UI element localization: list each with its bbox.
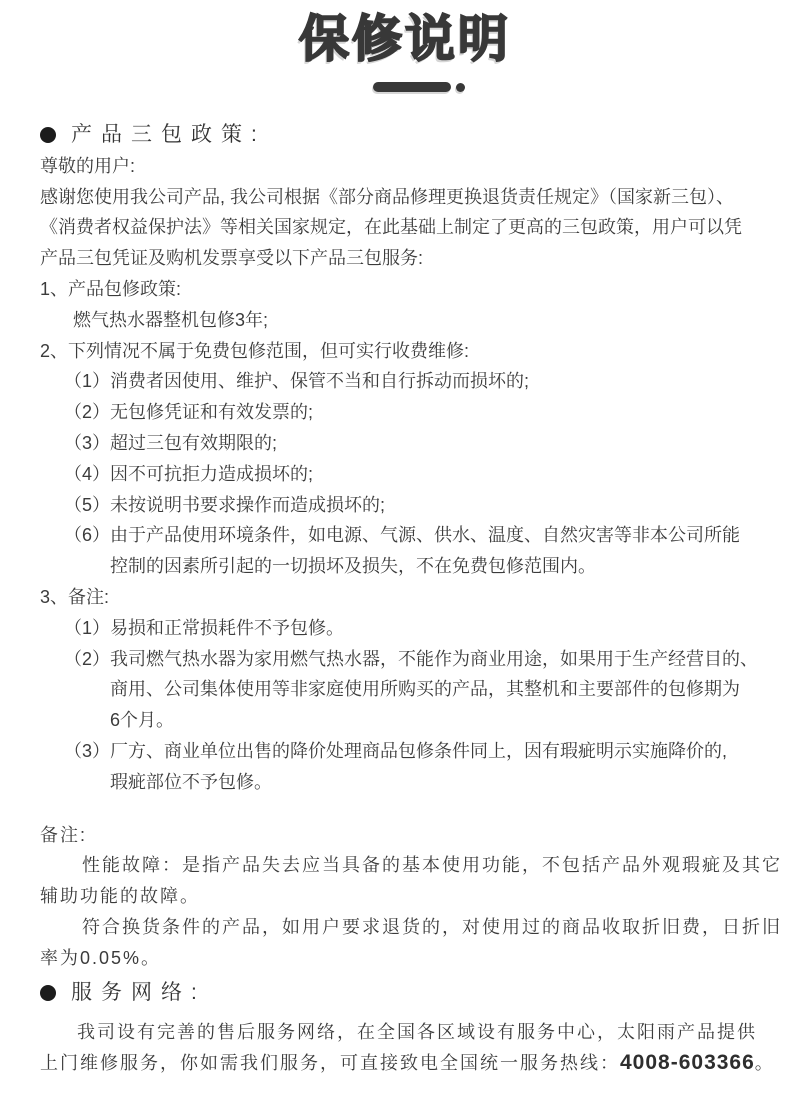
item2-subitem-1: （1）消费者因使用、维护、保管不当和自行拆动而损坏的; [64, 366, 770, 397]
greeting-line: 尊敬的用户: [40, 151, 770, 182]
section-policy-heading-label: 产品三包政策: [71, 120, 266, 151]
service-para-line-1: 我司设有完善的售后服务网络，在全国各区域设有服务中心，太阳雨产品提供 [77, 1017, 770, 1048]
item2-subitem-6-continuation: 控制的因素所引起的一切损坏及损失，不在免费包修范围内。 [110, 551, 770, 582]
bullet-icon [40, 127, 56, 143]
section-service-heading-label: 服务网络: [71, 978, 206, 1009]
remarks-para2-line-2: 率为0.05%。 [40, 943, 770, 974]
section-policy-heading: 产品三包政策: [40, 120, 770, 151]
remarks-heading: 备注: [40, 820, 770, 851]
page-title: 保修说明 [40, 8, 770, 70]
bullet-icon [40, 985, 56, 1001]
item3-subitem-2-line-2: 商用、公司集体使用等非家庭使用所购买的产品，其整机和主要部件的包修期为 [110, 674, 770, 705]
remarks-para1-line-1: 性能故障：是指产品失去应当具备的基本使用功能，不包括产品外观瑕疵及其它 [82, 850, 770, 881]
title-underline-bar [373, 82, 451, 92]
item3-heading: 3、备注: [40, 582, 770, 613]
remarks-para2-line-1: 符合换货条件的产品，如用户要求退货的，对使用过的商品收取折旧费，日折旧 [82, 912, 770, 943]
remarks-para1-line-2: 辅助功能的故障。 [40, 881, 770, 912]
service-para-line-2-text: 上门维修服务，你如需我们服务，可直接致电全国统一服务热线： [40, 1053, 620, 1073]
item2-heading: 2、下列情况不属于免费包修范围，但可实行收费维修: [40, 336, 770, 367]
title-underline-dot [456, 83, 465, 92]
item2-subitem-2: （2）无包修凭证和有效发票的; [64, 397, 770, 428]
section-service-heading: 服务网络: [40, 978, 770, 1009]
item1-body: 燃气热水器整机包修3年; [73, 305, 770, 336]
service-hotline-number: 4008-603366 [620, 1051, 755, 1074]
item3-subitem-3-line-2: 瑕疵部位不予包修。 [110, 767, 770, 798]
item2-subitem-5: （5）未按说明书要求操作而造成损坏的; [64, 490, 770, 521]
warranty-document: 保修说明 产品三包政策: 尊敬的用户: 感谢您使用我公司产品, 我公司根据《部分… [0, 0, 790, 1102]
item3-subitem-1: （1）易损和正常损耗件不予包修。 [64, 613, 770, 644]
item2-subitem-6: （6）由于产品使用环境条件，如电源、气源、供水、温度、自然灾害等非本公司所能 [64, 520, 770, 551]
document-body: 产品三包政策: 尊敬的用户: 感谢您使用我公司产品, 我公司根据《部分商品修理更… [40, 120, 770, 1079]
item3-subitem-2-line-3: 6个月。 [110, 705, 770, 736]
intro-line-1: 感谢您使用我公司产品, 我公司根据《部分商品修理更换退货责任规定》（国家新三包）… [40, 182, 770, 213]
service-para-line-2-period: 。 [755, 1053, 775, 1073]
title-underline [54, 82, 784, 92]
intro-line-2: 《消费者权益保护法》等相关国家规定，在此基础上制定了更高的三包政策，用户可以凭 [40, 212, 770, 243]
item1-heading: 1、产品包修政策: [40, 274, 770, 305]
intro-line-3: 产品三包凭证及购机发票享受以下产品三包服务: [40, 243, 770, 274]
item3-subitem-3-line-1: （3）厂方、商业单位出售的降价处理商品包修条件同上，因有瑕疵明示实施降价的, [64, 736, 770, 767]
service-para-line-2: 上门维修服务，你如需我们服务，可直接致电全国统一服务热线：4008-603366… [40, 1048, 770, 1079]
item2-subitem-4: （4）因不可抗拒力造成损坏的; [64, 459, 770, 490]
item2-subitem-3: （3）超过三包有效期限的; [64, 428, 770, 459]
item3-subitem-2-line-1: （2）我司燃气热水器为家用燃气热水器，不能作为商业用途，如果用于生产经营目的、 [64, 644, 770, 675]
